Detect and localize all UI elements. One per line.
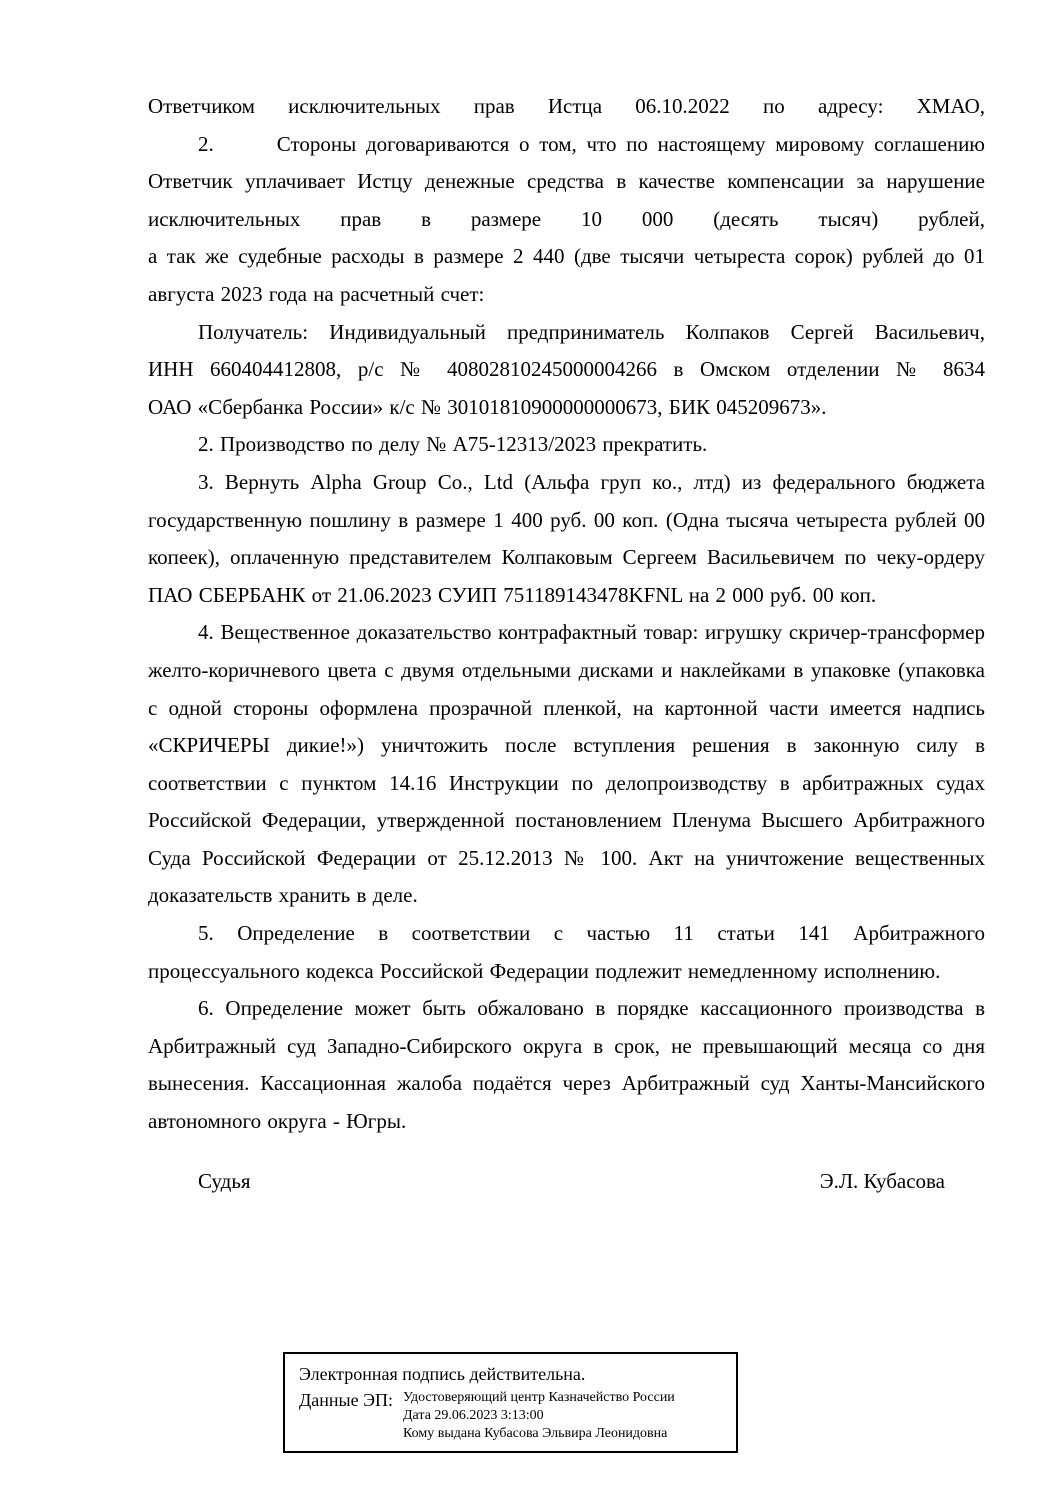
paragraph-settlement-terms-part1: 2. Стороны договариваются о том, что по … [148,126,985,239]
document-body: Ответчиком исключительных прав Истца 06.… [0,0,1060,1200]
digital-signature-stamp: Электронная подпись действительна. Данны… [283,1352,738,1453]
stamp-authority: Удостоверяющий центр Казначейство России [403,1389,675,1407]
paragraph-ruling-item2: 2. Производство по делу № А75-12313/2023… [148,426,985,464]
paragraph-recipient-line2: ИНН 660404412808, р/с № 4080281024500000… [148,351,985,389]
paragraph-ruling-item3: 3. Вернуть Alpha Group Co., Ltd (Альфа г… [148,464,985,614]
stamp-issued-to: Кому выдана Кубасова Эльвира Леонидовна [403,1425,675,1443]
paragraph-ruling-item6: 6. Определение может быть обжаловано в п… [148,990,985,1140]
stamp-validity-text: Электронная подпись действительна. [299,1362,722,1386]
document-page: Ответчиком исключительных прав Истца 06.… [0,0,1060,1500]
stamp-data-row: Данные ЭП: Удостоверяющий центр Казначей… [299,1389,722,1443]
paragraph-ruling-item4: 4. Вещественное доказательство контрафак… [148,614,985,915]
signature-row: Судья Э.Л. Кубасова [148,1163,985,1201]
signature-role: Судья [198,1163,251,1201]
signature-name: Э.Л. Кубасова [820,1163,945,1201]
stamp-date: Дата 29.06.2023 3:13:00 [403,1407,675,1425]
paragraph-recipient-line1: Получатель: Индивидуальный предпринимате… [148,314,985,352]
paragraph-recipient-line3: ОАО «Сбербанка России» к/с № 30101810900… [148,389,985,427]
paragraph-settlement-terms-part2: а так же судебные расходы в размере 2 44… [148,238,985,313]
stamp-data-label: Данные ЭП: [299,1389,403,1443]
paragraph-ruling-item5: 5. Определение в соответствии с частью 1… [148,915,985,990]
stamp-details: Удостоверяющий центр Казначейство России… [403,1389,675,1443]
paragraph-continuation: Ответчиком исключительных прав Истца 06.… [148,88,985,126]
